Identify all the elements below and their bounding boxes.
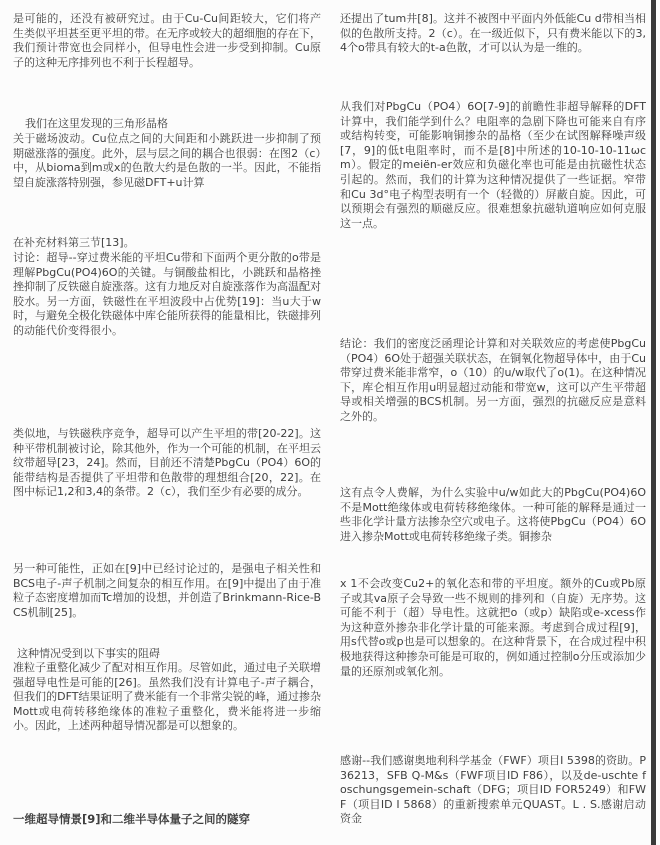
paragraph-doping-disorder: x 1不会改变Cu2+的氧化态和带的平坦度。额外的Cu或Pb原子或其va原子会导… xyxy=(340,577,646,679)
paragraph-quasiparticle-renormalization: 准粒子重整化减少了配对相互作用。尽管如此，通过电子关联增强超导电性是可能的[26… xyxy=(13,661,321,734)
paragraph-flat-band-mechanism: 类似地，与铁磁秩序竞争，超导可以产生平坦的带[20-22]。这种平带机制被讨论，… xyxy=(13,427,321,500)
right-column: 还提出了tum井[8]。这并不被图中平面内外低能Cu d带相当相似的色散所支持。… xyxy=(340,0,646,845)
paragraph-mott-insulator-puzzle: 这有点令人费解，为什么实验中u/w如此大的PbgCu(PO4)6O不是Mott绝… xyxy=(340,486,646,544)
subheading-hindered-by-facts: 这种情况受到以下事实的阻碍 xyxy=(13,647,321,662)
paragraph-magnetic-fluctuations: 关于磁场波动。Cu位点之间的大间距和小跳跃进一步抑制了预期磁涨落的强度。此外，层… xyxy=(13,132,321,190)
paragraph-continued-from-previous-page: 是可能的，还没有被研究过。由于Cu-Cu间距较大，它们将产生类似平坦甚至更平坦的… xyxy=(13,12,321,70)
left-column: 是可能的，还没有被研究过。由于Cu-Cu间距较大，它们将产生类似平坦甚至更平坦的… xyxy=(13,0,321,845)
paragraph-dft-non-superconducting: 从我们对PbgCu（PO4）6O[7-9]的前瞻性非超导解释的DFT计算中，我们… xyxy=(340,100,646,231)
document-page: 是可能的，还没有被研究过。由于Cu-Cu间距较大，它们将产生类似平坦甚至更平坦的… xyxy=(0,0,660,845)
subheading-triangular-lattice: 我们在这里发现的三角形晶格 xyxy=(13,117,321,132)
paragraph-tum-well: 还提出了tum井[8]。这并不被图中平面内外低能Cu d带相当相似的色散所支持。… xyxy=(340,12,646,56)
paragraph-brinkmann-rice-bcs: 另一种可能性，正如在[9]中已经讨论过的，是强电子相关性和BCS电子-声子机制之… xyxy=(13,562,321,620)
paragraph-supplementary-ref: 在补充材料第三节[13]。 xyxy=(13,236,321,251)
page-edge-line xyxy=(651,0,656,845)
heading-1d-superconducting-scenario: 一维超导情景[9]和二维半导体量子之间的隧穿 xyxy=(13,812,321,827)
paragraph-acknowledgments: 感谢--我们感谢奥地利科学基金（FWF）项目I 5398的资助。P 36213，… xyxy=(340,754,646,827)
paragraph-discussion-superconductivity: 讨论：超导--穿过费米能的平坦Cu带和下面两个更分散的o带是理解PbgCu(PO… xyxy=(13,251,321,339)
paragraph-conclusion: 结论：我们的密度泛函理论计算和对关联效应的考虑使PbgCu（PO4）6O处于超强… xyxy=(340,337,646,425)
